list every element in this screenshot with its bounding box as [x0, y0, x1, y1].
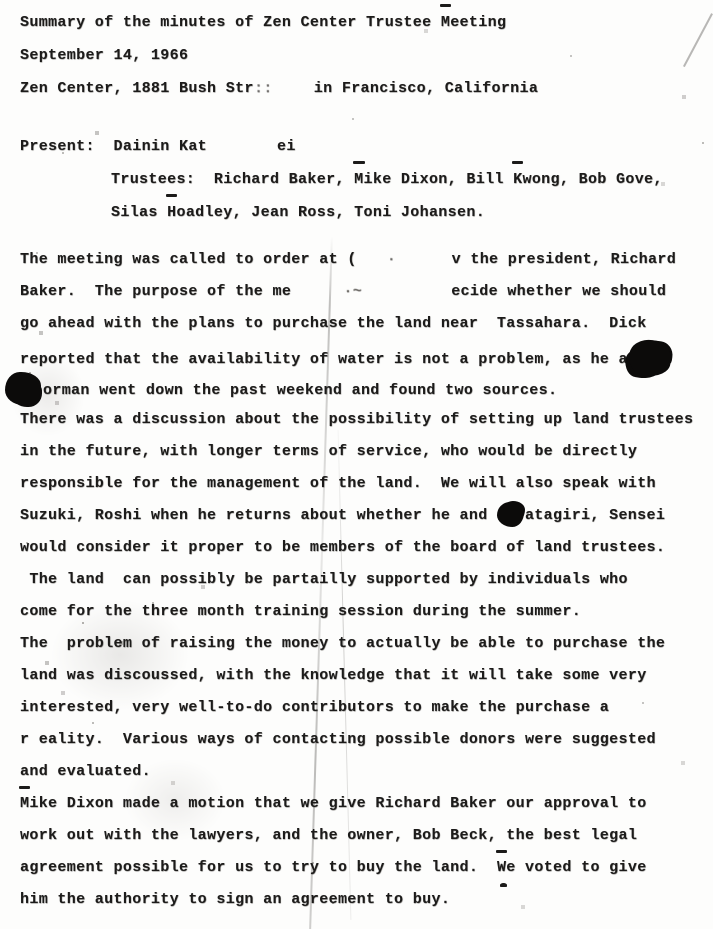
paper-speckles: [0, 0, 2, 2]
text-line: Baker. The purpose of the meecide whethe…: [20, 276, 713, 308]
text-line: There was a discussion about the possibi…: [20, 404, 713, 436]
text-line: The problem of raising the money to actu…: [20, 628, 713, 660]
text-line: reported that the availability of water …: [20, 340, 713, 372]
text-fragment: e voted to give: [506, 859, 646, 876]
overstruck-letter: M: [20, 788, 29, 820]
document-header: Summary of the minutes of Zen Center Tru…: [20, 6, 713, 105]
present-text: ei: [277, 138, 296, 155]
text-fragment: v the president, Richard: [452, 251, 676, 268]
address-line: Zen Center, 1881 Bush Strin Francisco, C…: [20, 72, 713, 105]
trustees-line: Trustees: Richard Baker, Mike Dixon, Bil…: [20, 163, 713, 196]
trustees-text: Trustees: Richard Baker,: [111, 171, 354, 188]
text-line: interested, very well-to-do contributors…: [20, 692, 713, 724]
text-fragment: Suzuki, Roshi when he returns about whet…: [20, 507, 497, 524]
text-line: him the authority to sign an agreement t…: [20, 884, 713, 916]
overstruck-letter: H: [167, 196, 176, 229]
title-text: Summary of the minutes of Zen Center Tru…: [20, 14, 441, 31]
text-line: and evaluated.: [20, 756, 713, 788]
text-fragment: orman went down the past weekend and fou…: [43, 382, 557, 399]
date-line: September 14, 1966: [20, 39, 713, 72]
text-line: Suzuki, Roshi when he returns about whet…: [20, 500, 713, 532]
overstruck-letter: M: [441, 6, 450, 39]
trustees-text: Silas: [111, 204, 167, 221]
present-line: Present: Dainin Katei: [20, 130, 713, 163]
overstruck-letter: W: [497, 852, 506, 884]
text-line: land was discoussed, with the knowledge …: [20, 660, 713, 692]
text-line: would consider it proper to be members o…: [20, 532, 713, 564]
text-fragment: ike Dixon made a motion that we give Ric…: [29, 795, 646, 812]
faded-text-gap: [291, 276, 451, 308]
text-line: responsible for the management of the la…: [20, 468, 713, 500]
text-fragment: atagiri, Sensei: [525, 507, 665, 524]
overstruck-letter: M: [354, 163, 363, 196]
text-fragment: reported that the availability of water …: [20, 351, 628, 368]
trustees-line: Silas Hoadley, Jean Ross, Toni Johansen.: [20, 196, 713, 229]
faded-text-gap: [254, 72, 314, 105]
text-line: go ahead with the plans to purchase the …: [20, 308, 713, 340]
attendees-section: Present: Dainin Katei Trustees: Richard …: [20, 130, 713, 229]
address-text: in Francisco, California: [314, 80, 538, 97]
faded-text-gap: [357, 244, 452, 276]
title-text: eeting: [450, 14, 506, 31]
text-fragment: ecide whether we should: [451, 283, 666, 300]
text-line: The land can possibly be partailly suppo…: [20, 564, 713, 596]
text-line: The meeting was called to order at (v th…: [20, 244, 713, 276]
text-fragment: The meeting was called to order at (: [20, 251, 357, 268]
ink-blot: [497, 502, 524, 527]
text-line: come for the three month training sessio…: [20, 596, 713, 628]
text-fragment: agreement possible for us to try to buy …: [20, 859, 497, 876]
text-line: in the future, with longer terms of serv…: [20, 436, 713, 468]
minutes-body: The meeting was called to order at (v th…: [20, 244, 713, 916]
text-line: Mike Dixon made a motion that we give Ri…: [20, 788, 713, 820]
document-page: Summary of the minutes of Zen Center Tru…: [0, 0, 713, 929]
ink-blot: [5, 372, 41, 405]
trustees-text: ike Dixon, Bill: [364, 171, 514, 188]
trustees-text: wong, Bob Gove,: [522, 171, 662, 188]
text-fragment: Baker. The purpose of the me: [20, 283, 291, 300]
text-line: orman went down the past weekend and fou…: [20, 372, 713, 404]
address-text: Zen Center, 1881 Bush Str: [20, 80, 254, 97]
text-line: r eality. Various ways of contacting pos…: [20, 724, 713, 756]
present-text: Present: Dainin Kat: [20, 138, 207, 155]
text-line: work out with the lawyers, and the owner…: [20, 820, 713, 852]
trustees-text: oadley, Jean Ross, Toni Johansen.: [176, 204, 485, 221]
title-line: Summary of the minutes of Zen Center Tru…: [20, 6, 713, 39]
text-line: agreement possible for us to try to buy …: [20, 852, 713, 884]
overstruck-letter: K: [513, 163, 522, 196]
